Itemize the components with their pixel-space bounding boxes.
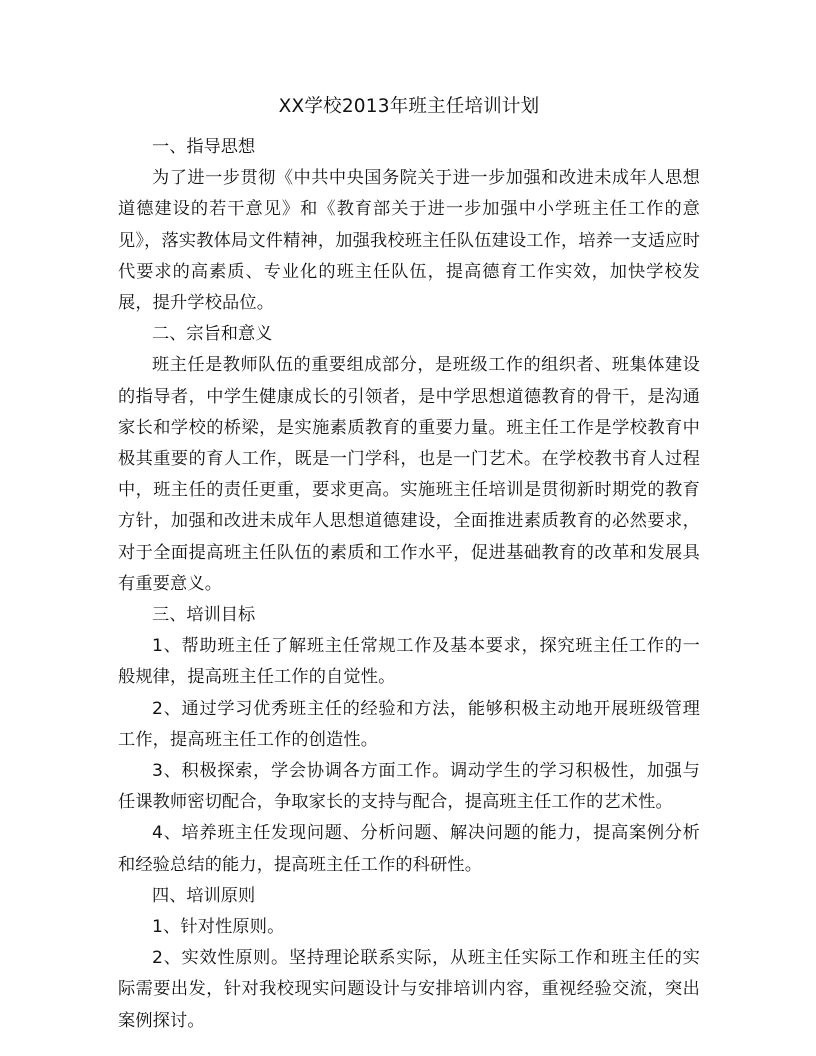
section-purpose-significance: 二、宗旨和意义 班主任是教师队伍的重要组成部分，是班级工作的组织者、班集体建设的… <box>118 319 700 600</box>
section-guiding-ideology: 一、指导思想 为了进一步贯彻《中共中央国务院关于进一步加强和改进未成年人思想道德… <box>118 132 700 319</box>
paragraph: 班主任是教师队伍的重要组成部分，是班级工作的组织者、班集体建设的指导者，中学生健… <box>118 350 700 600</box>
section-heading: 四、培训原则 <box>118 881 700 912</box>
section-heading: 一、指导思想 <box>118 132 700 163</box>
list-item: 1、针对性原则。 <box>118 912 700 943</box>
section-training-goals: 三、培训目标 1、帮助班主任了解班主任常规工作及基本要求，探究班主任工作的一般规… <box>118 600 700 881</box>
list-item: 2、实效性原则。坚持理论联系实际，从班主任实际工作和班主任的实际需要出发，针对我… <box>118 943 700 1037</box>
list-item: 4、培养班主任发现问题、分析问题、解决问题的能力，提高案例分析和经验总结的能力，… <box>118 818 700 880</box>
section-training-principles: 四、培训原则 1、针对性原则。 2、实效性原则。坚持理论联系实际，从班主任实际工… <box>118 881 700 1037</box>
list-item: 2、通过学习优秀班主任的经验和方法，能够积极主动地开展班级管理工作，提高班主任工… <box>118 694 700 756</box>
section-heading: 三、培训目标 <box>118 600 700 631</box>
list-item: 1、帮助班主任了解班主任常规工作及基本要求，探究班主任工作的一般规律，提高班主任… <box>118 631 700 693</box>
document-title: XX学校2013年班主任培训计划 <box>118 92 700 122</box>
document-page: XX学校2013年班主任培训计划 一、指导思想 为了进一步贯彻《中共中央国务院关… <box>118 92 700 1037</box>
section-heading: 二、宗旨和意义 <box>118 319 700 350</box>
list-item: 3、积极探索，学会协调各方面工作。调动学生的学习积极性，加强与任课教师密切配合，… <box>118 756 700 818</box>
paragraph: 为了进一步贯彻《中共中央国务院关于进一步加强和改进未成年人思想道德建设的若干意见… <box>118 163 700 319</box>
